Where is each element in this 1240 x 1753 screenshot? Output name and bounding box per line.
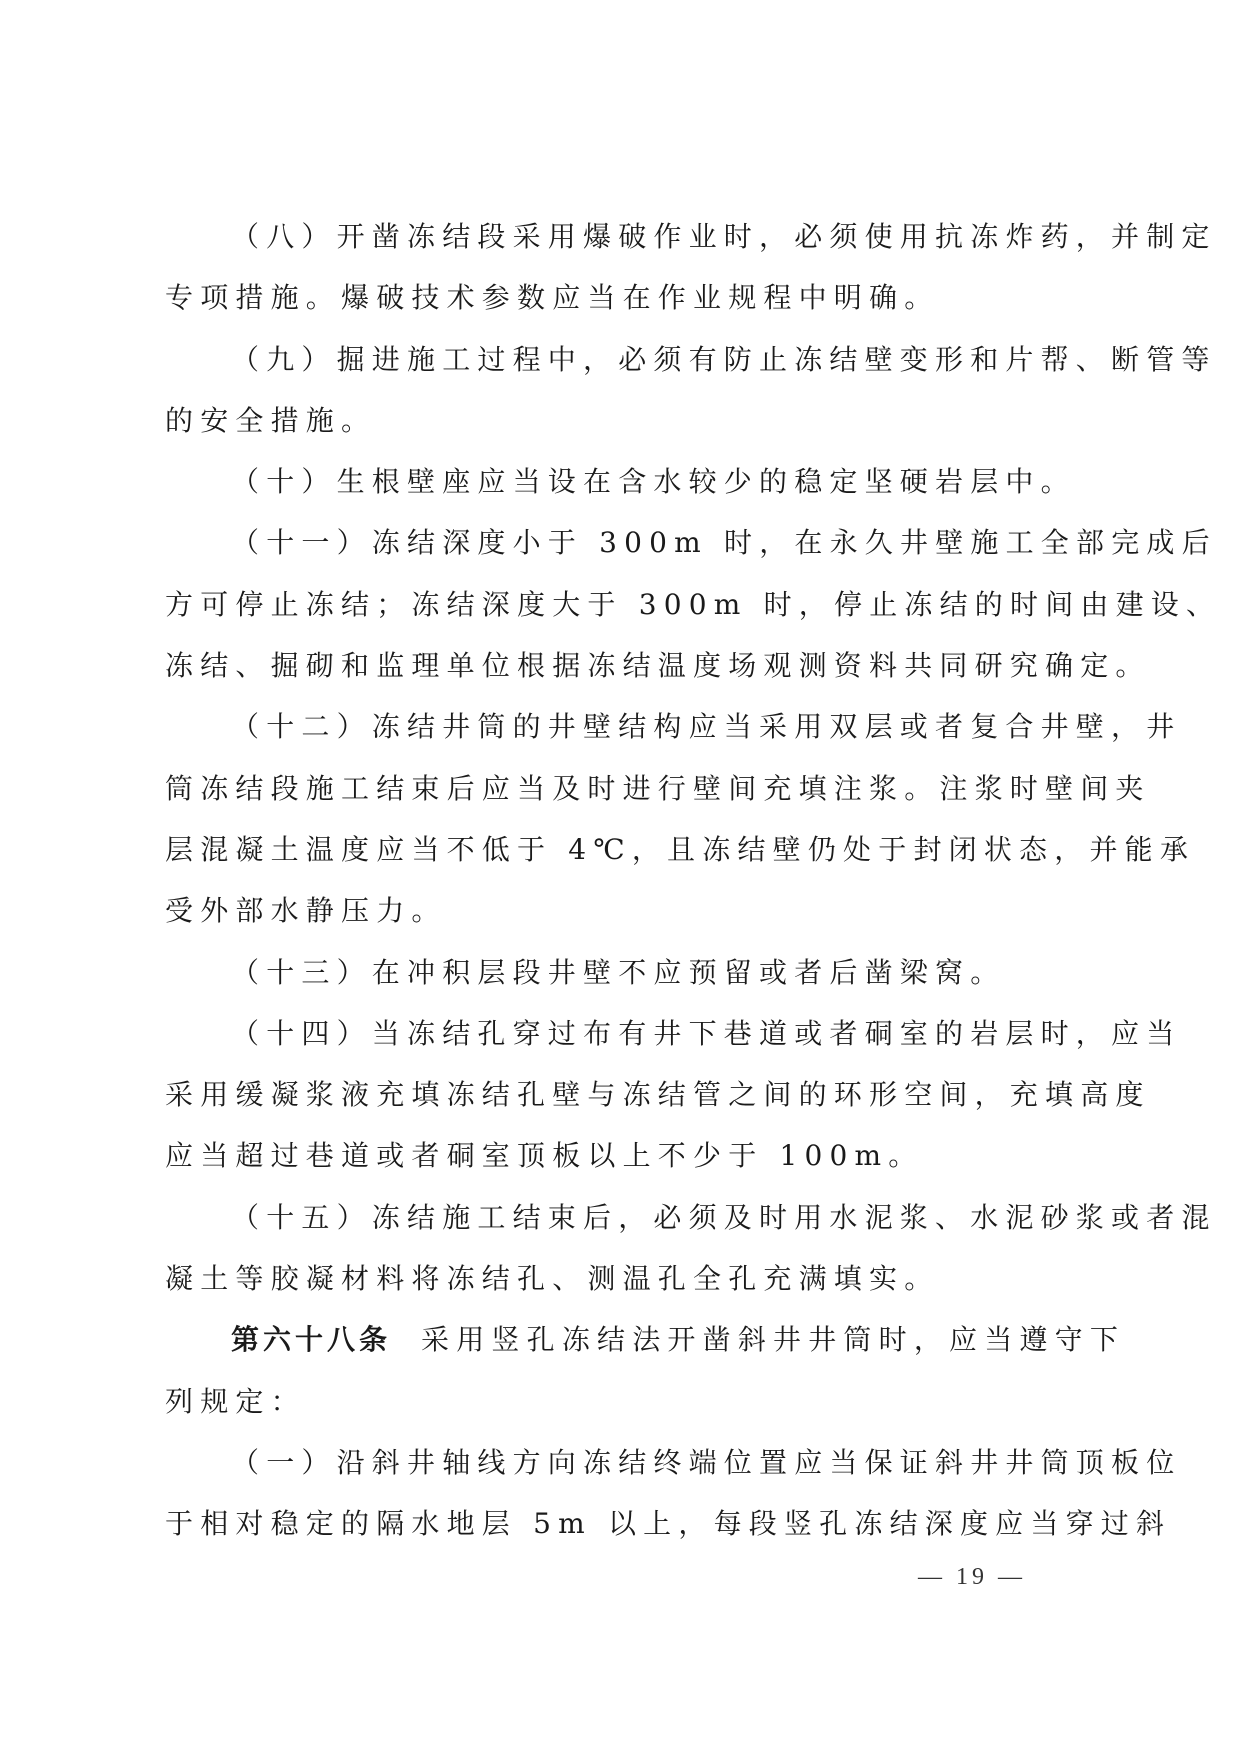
paragraph-item-11: （十一）冻结深度小于 300m 时，在永久井壁施工全部完成后 方可停止冻结；冻结… xyxy=(165,512,1077,696)
paragraph-item-12: （十二）冻结井筒的井壁结构应当采用双层或者复合井壁，井 筒冻结段施工结束后应当及… xyxy=(165,696,1077,941)
paragraph-item-13: （十三）在冲积层段井壁不应预留或者后凿梁窝。 xyxy=(165,942,1077,1003)
text-line: 专项措施。爆破技术参数应当在作业规程中明确。 xyxy=(165,267,1077,328)
text-line: （十五）冻结施工结束后，必须及时用水泥浆、水泥砂浆或者混 xyxy=(165,1187,1077,1248)
article-text: 采用竖孔冻结法开凿斜井井筒时，应当遵守下 xyxy=(421,1323,1125,1356)
page-number: — 19 — xyxy=(918,1564,1026,1591)
text-line: 应当超过巷道或者硐室顶板以上不少于 100m。 xyxy=(165,1125,1077,1186)
text-line: （十）生根壁座应当设在含水较少的稳定坚硬岩层中。 xyxy=(165,451,1077,512)
text-line: （八）开凿冻结段采用爆破作业时，必须使用抗冻炸药，并制定 xyxy=(165,206,1077,267)
text-line: 层混凝土温度应当不低于 4℃，且冻结壁仍处于封闭状态，并能承 xyxy=(165,819,1077,880)
paragraph-item-14: （十四）当冻结孔穿过布有井下巷道或者硐室的岩层时，应当 采用缓凝浆液充填冻结孔壁… xyxy=(165,1003,1077,1187)
text-line: 列规定： xyxy=(165,1371,1077,1432)
text-line: 采用缓凝浆液充填冻结孔壁与冻结管之间的环形空间，充填高度 xyxy=(165,1064,1077,1125)
text-line: 方可停止冻结；冻结深度大于 300m 时，停止冻结的时间由建设、 xyxy=(165,574,1077,635)
text-line: （十四）当冻结孔穿过布有井下巷道或者硐室的岩层时，应当 xyxy=(165,1003,1077,1064)
document-body: （八）开凿冻结段采用爆破作业时，必须使用抗冻炸药，并制定 专项措施。爆破技术参数… xyxy=(165,206,1077,1555)
text-line: 的安全措施。 xyxy=(165,390,1077,451)
article-heading: 第六十八条 xyxy=(231,1323,391,1356)
text-line: 冻结、掘砌和监理单位根据冻结温度场观测资料共同研究确定。 xyxy=(165,635,1077,696)
paragraph-item-15: （十五）冻结施工结束后，必须及时用水泥浆、水泥砂浆或者混 凝土等胶凝材料将冻结孔… xyxy=(165,1187,1077,1310)
document-page: （八）开凿冻结段采用爆破作业时，必须使用抗冻炸药，并制定 专项措施。爆破技术参数… xyxy=(0,0,1240,1753)
paragraph-item-10: （十）生根壁座应当设在含水较少的稳定坚硬岩层中。 xyxy=(165,451,1077,512)
paragraph-article-68: 第六十八条采用竖孔冻结法开凿斜井井筒时，应当遵守下 列规定： xyxy=(165,1309,1077,1432)
paragraph-item-9: （九）掘进施工过程中，必须有防止冻结壁变形和片帮、断管等 的安全措施。 xyxy=(165,329,1077,452)
paragraph-article-68-item-1: （一）沿斜井轴线方向冻结终端位置应当保证斜井井筒顶板位 于相对稳定的隔水地层 5… xyxy=(165,1432,1077,1555)
text-line: （十三）在冲积层段井壁不应预留或者后凿梁窝。 xyxy=(165,942,1077,1003)
text-line: 凝土等胶凝材料将冻结孔、测温孔全孔充满填实。 xyxy=(165,1248,1077,1309)
text-line: （十一）冻结深度小于 300m 时，在永久井壁施工全部完成后 xyxy=(165,512,1077,573)
text-line: （十二）冻结井筒的井壁结构应当采用双层或者复合井壁，井 xyxy=(165,696,1077,757)
text-line: 于相对稳定的隔水地层 5m 以上，每段竖孔冻结深度应当穿过斜 xyxy=(165,1493,1077,1554)
text-line: 第六十八条采用竖孔冻结法开凿斜井井筒时，应当遵守下 xyxy=(165,1309,1077,1370)
text-line: 筒冻结段施工结束后应当及时进行壁间充填注浆。注浆时壁间夹 xyxy=(165,758,1077,819)
text-line: （一）沿斜井轴线方向冻结终端位置应当保证斜井井筒顶板位 xyxy=(165,1432,1077,1493)
text-line: （九）掘进施工过程中，必须有防止冻结壁变形和片帮、断管等 xyxy=(165,329,1077,390)
text-line: 受外部水静压力。 xyxy=(165,880,1077,941)
paragraph-item-8: （八）开凿冻结段采用爆破作业时，必须使用抗冻炸药，并制定 专项措施。爆破技术参数… xyxy=(165,206,1077,329)
